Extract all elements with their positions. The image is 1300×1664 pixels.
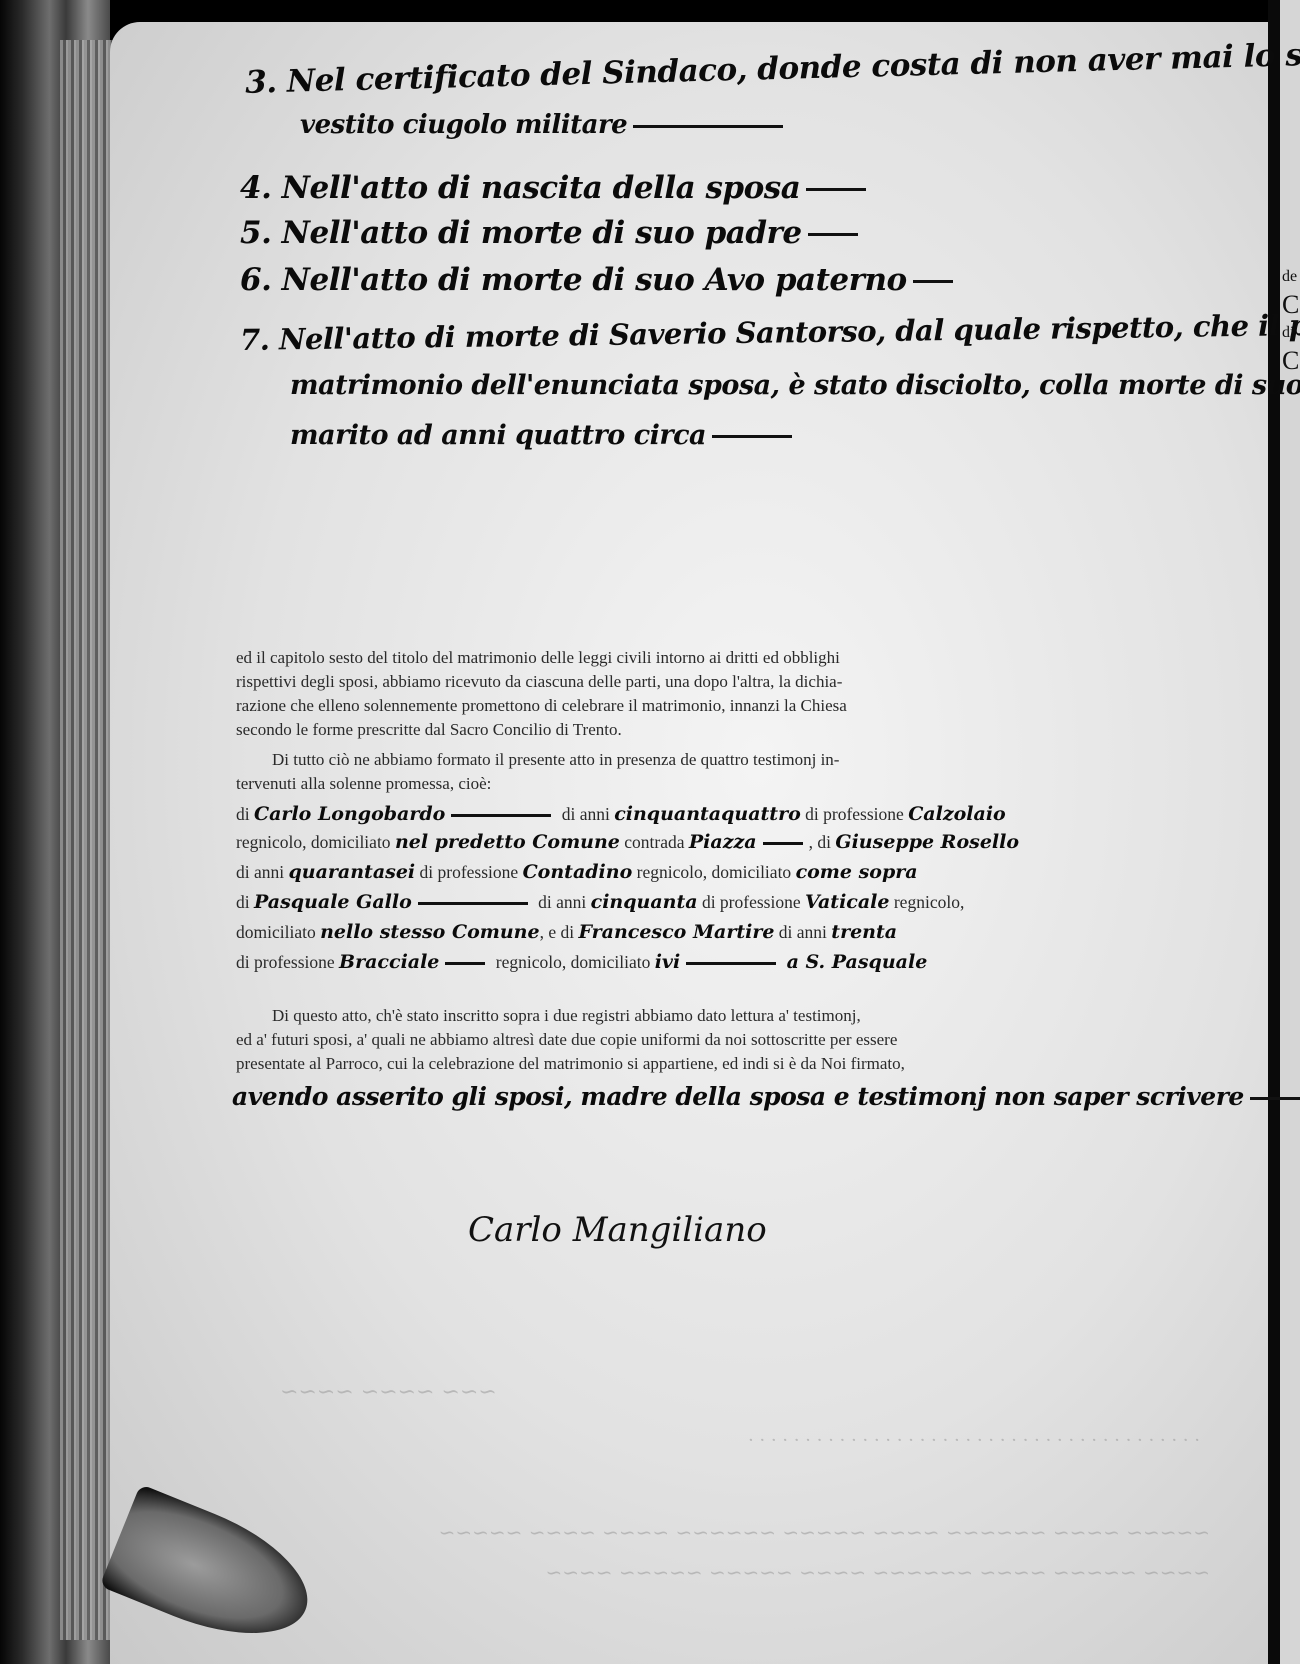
printed-line: ed il capitolo sesto del titolo del matr… (236, 646, 840, 670)
nationality-label: regnicolo, (496, 952, 566, 972)
fill-dash (686, 962, 776, 965)
witness-prefix: di (817, 832, 831, 852)
witness-profession: Bracciale (339, 951, 439, 973)
witness-domicile: come sopra (796, 861, 918, 883)
witness-name: Carlo Longobardo (254, 803, 445, 825)
item-text: Nell'atto di morte di suo padre (282, 215, 802, 251)
official-signature: Carlo Mangiliano (468, 1210, 767, 1250)
fill-dash (451, 814, 551, 817)
fill-dash (763, 842, 803, 845)
witness-line-3: di Pasquale Gallo di anni cinquanta di p… (236, 890, 964, 914)
witness-domicile: ivi (655, 951, 680, 973)
fill-dash (445, 962, 485, 965)
witness-profession: Contadino (523, 861, 633, 883)
witness-prefix: di (236, 804, 250, 824)
witness-name: Francesco Martire (578, 921, 774, 943)
fill-dash (633, 125, 783, 128)
fill-dash (1250, 1097, 1300, 1100)
witness-line-1: di Carlo Longobardo di anni cinquantaqua… (236, 802, 1006, 826)
item-text: marito ad anni quattro circa (290, 420, 706, 451)
witness-line-1b: regnicolo, domiciliato nel predetto Comu… (236, 830, 1019, 854)
printed-line: razione che elleno solennemente prometto… (236, 694, 847, 718)
fill-dash (712, 435, 792, 438)
witness-location: a S. Pasquale (787, 951, 928, 973)
nationality-label: regnicolo, (894, 892, 964, 912)
closing-text: avendo asserito gli sposi, madre della s… (232, 1082, 1244, 1111)
item-number: 7. (240, 323, 270, 357)
handwritten-item-4: 4. Nell'atto di nascita della sposa (240, 170, 872, 206)
bleed-through-text: · · · · · · · · · · · · · · · · · · · · … (320, 1430, 1200, 1451)
fill-dash (418, 902, 528, 905)
domicile-label: domiciliato (571, 952, 651, 972)
age-label: di anni (538, 892, 586, 912)
handwritten-closing: avendo asserito gli sposi, madre della s… (232, 1082, 1300, 1111)
witness-age: trenta (831, 921, 897, 943)
item-number: 6. (240, 262, 271, 298)
profession-label: di professione (702, 892, 801, 912)
printed-line: rispettivi degli sposi, abbiamo ricevuto… (236, 670, 842, 694)
item-text: matrimonio dell'enunciata sposa, è stato… (290, 370, 1300, 401)
fill-dash (808, 233, 858, 236)
witness-domicile: nello stesso Comune (320, 921, 539, 943)
handwritten-item-7-continuation-1: matrimonio dell'enunciata sposa, è stato… (290, 370, 1300, 401)
domicile-label: domiciliato (311, 832, 391, 852)
handwritten-item-7-continuation-2: marito ad anni quattro circa (290, 420, 798, 451)
printed-line: tervenuti alla solenne promessa, cioè: (236, 772, 491, 796)
witness-age: quarantasei (289, 861, 416, 883)
witness-name: Pasquale Gallo (254, 891, 412, 913)
witness-prefix: e di (548, 922, 574, 942)
page-gutter (1268, 0, 1280, 1664)
fragment-text: de (1280, 268, 1300, 286)
nationality-label: regnicolo, (637, 862, 707, 882)
printed-line: ed a' futuri sposi, a' quali ne abbiamo … (236, 1028, 897, 1052)
printed-line: Di tutto ciò ne abbiamo formato il prese… (272, 748, 839, 772)
bleed-through-text: ~~~~ ~~~~~ ~~~~ ~~~~~~ ~~~~ ~~~~~ ~~~~~ … (330, 1560, 1210, 1584)
adjacent-page-fragment: de C di C (1280, 0, 1300, 1664)
bleed-through-text: ~~~~~ ~~~~ ~~~~~~ ~~~~ ~~~~~ ~~~~~~ ~~~~… (330, 1520, 1210, 1544)
item-text: Nell'atto di nascita della sposa (282, 170, 801, 206)
witness-street: Piazza (689, 831, 757, 853)
profession-label: di professione (420, 862, 519, 882)
profession-label: di professione (236, 952, 335, 972)
printed-line: presentate al Parroco, cui la celebrazio… (236, 1052, 905, 1076)
nationality-label: regnicolo, (236, 832, 306, 852)
age-label: di anni (562, 804, 610, 824)
item-text: vestito ciugolo militare (300, 110, 627, 140)
handwritten-item-3-continuation: vestito ciugolo militare (300, 110, 789, 140)
witness-name: Giuseppe Rosello (835, 831, 1019, 853)
age-label: di anni (779, 922, 827, 942)
witness-line-3b: domiciliato nello stesso Comune, e di Fr… (236, 920, 897, 944)
handwritten-item-5: 5. Nell'atto di morte di suo padre (240, 215, 864, 251)
domicile-label: domiciliato (711, 862, 791, 882)
printed-line: Di questo atto, ch'è stato inscritto sop… (272, 1004, 861, 1028)
age-label: di anni (236, 862, 284, 882)
item-number: 3. (245, 64, 277, 101)
witness-age: cinquanta (591, 891, 698, 913)
witness-profession: Vaticale (805, 891, 890, 913)
witness-domicile: nel predetto Comune (395, 831, 620, 853)
printed-line: secondo le forme prescritte dal Sacro Co… (236, 718, 622, 742)
witness-profession: Calzolaio (908, 803, 1006, 825)
item-text: Nell'atto di morte di suo Avo paterno (282, 262, 907, 298)
witness-line-4: di professione Bracciale regnicolo, domi… (236, 950, 927, 974)
fill-dash (806, 188, 866, 191)
profession-label: di professione (805, 804, 904, 824)
witness-prefix: di (236, 892, 250, 912)
handwritten-item-6: 6. Nell'atto di morte di suo Avo paterno (240, 262, 959, 298)
domicile-label: domiciliato (236, 922, 316, 942)
witness-age: cinquantaquattro (614, 803, 801, 825)
street-label: contrada (624, 832, 684, 852)
witness-line-2: di anni quarantasei di professione Conta… (236, 860, 918, 884)
bleed-through-text: ~~~ ~~~~ ~~~~ (280, 1380, 497, 1405)
item-number: 4. (240, 170, 271, 206)
fill-dash (913, 280, 953, 283)
item-number: 5. (240, 215, 271, 251)
